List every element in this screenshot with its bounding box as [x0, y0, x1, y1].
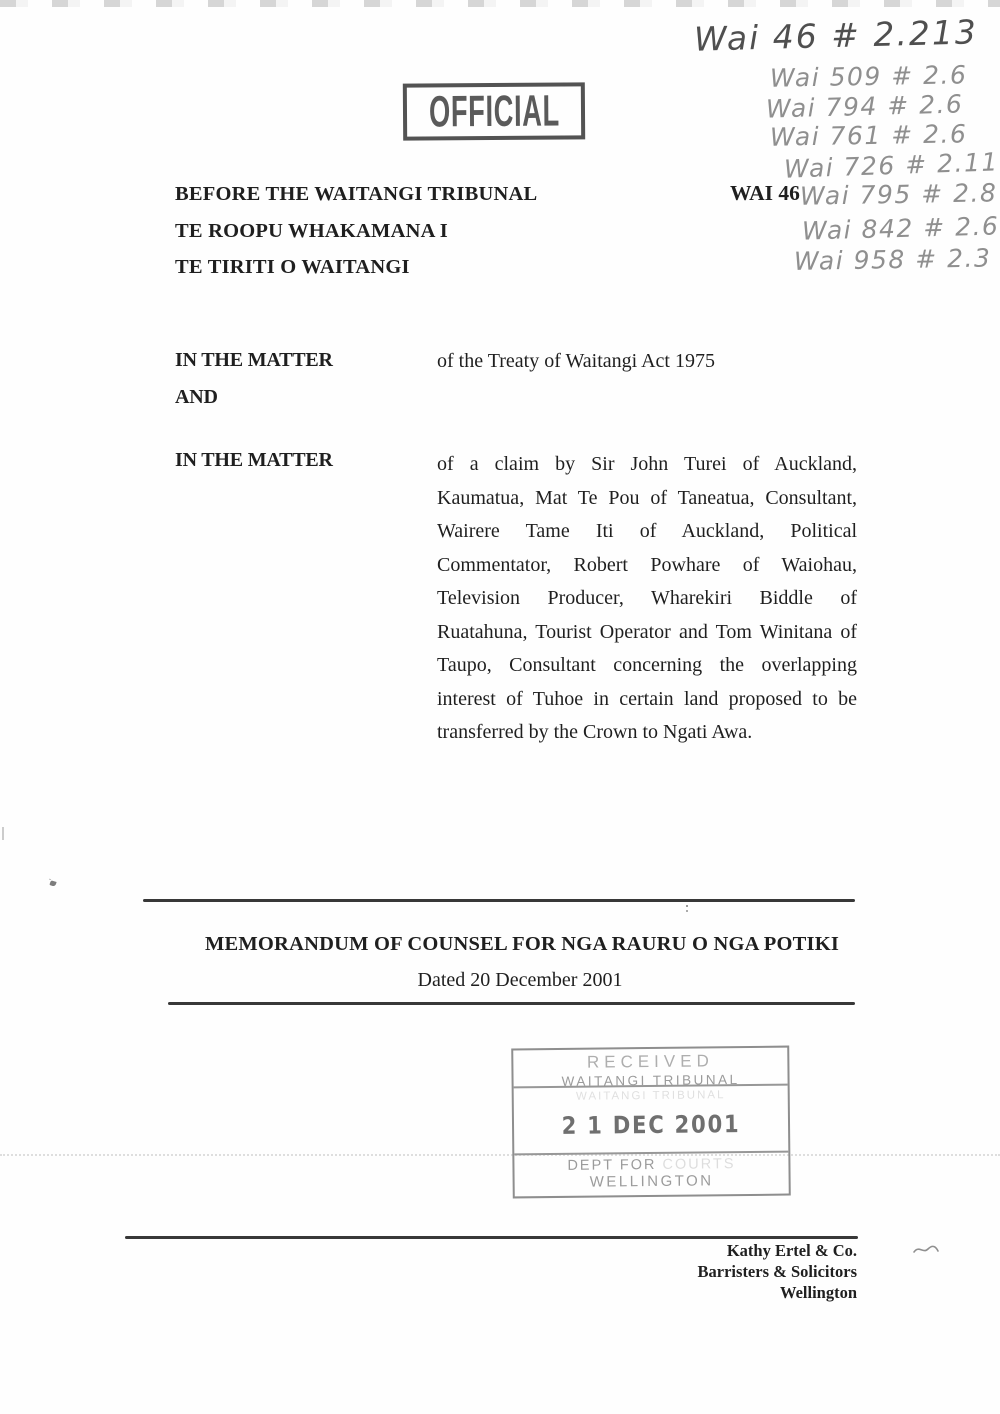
law-firm-name: Kathy Ertel & Co. [698, 1240, 857, 1261]
handwritten-wai-number: Wai 842 # 2.6 [802, 211, 1000, 245]
claim-line: Wairere Tame Iti of Auckland, Political [437, 515, 857, 549]
handwritten-wai-number: Wai 509 # 2.6 [770, 60, 968, 92]
document-page: Wai 46 # 2.213 Wai 509 # 2.6 Wai 794 # 2… [0, 0, 1000, 1414]
matter1-label: IN THE MATTER [175, 349, 333, 372]
claim-paragraph: of a claim by Sir John Turei of Auckland… [437, 448, 857, 750]
received-stamp-ghost-text: WAITANGI TRIBUNAL [514, 1089, 788, 1104]
matter2-label: IN THE MATTER [175, 449, 333, 472]
claim-line: Commentator, Robert Powhare of Waiohau, [437, 549, 857, 583]
matter1-text: of the Treaty of Waitangi Act 1975 [437, 350, 715, 373]
received-stamp-dept-faded: COURTS [662, 1156, 735, 1173]
case-number: WAI 46 [730, 181, 800, 206]
conjunction-and: AND [175, 386, 218, 409]
law-firm-city: Wellington [698, 1282, 857, 1303]
handwritten-wai-number: Wai 958 # 2.3 . [794, 243, 1000, 276]
handwritten-wai-number-main: Wai 46 # 2.213 [694, 12, 979, 58]
law-firm-type: Barristers & Solicitors [698, 1261, 857, 1282]
received-stamp-footer: DEPT FOR COURTS WELLINGTON [514, 1151, 788, 1197]
claim-line: interest of Tuhoe in certain land propos… [437, 683, 857, 717]
handwritten-wai-number: Wai 761 # 2.6 [770, 119, 968, 151]
received-stamp-tribunal-label: WAITANGI TRIBUNAL [513, 1072, 787, 1090]
scan-artifact-dotted-line [0, 1154, 1000, 1156]
received-stamp: RECEIVED WAITANGI TRIBUNAL WAITANGI TRIB… [511, 1046, 791, 1199]
scan-artifact-band [0, 0, 1000, 7]
claim-line: Kaumatua, Mat Te Pou of Taneatua, Consul… [437, 482, 857, 516]
handwritten-wai-number: Wai 794 # 2.6 [766, 89, 964, 123]
claim-line: Taupo, Consultant concerning the overlap… [437, 649, 857, 683]
official-stamp: OFFICIAL [403, 82, 585, 140]
received-stamp-dept-prefix: DEPT FOR [567, 1157, 662, 1174]
handwritten-wai-number: Wai 795 # 2.8 [800, 178, 998, 210]
claim-line: Television Producer, Wharekiri Biddle of [437, 582, 857, 616]
claim-line: transferred by the Crown to Ngati Awa. [437, 716, 857, 750]
horizontal-rule-top [143, 899, 855, 902]
horizontal-rule-bottom [125, 1236, 858, 1239]
received-stamp-received-label: RECEIVED [513, 1051, 787, 1074]
law-firm-block: Kathy Ertel & Co. Barristers & Solicitor… [698, 1240, 857, 1303]
court-header: BEFORE THE WAITANGI TRIBUNAL TE ROOPU WH… [175, 176, 537, 286]
received-stamp-date: 2 1 DEC 2001 [530, 1110, 771, 1141]
court-header-line3: TE TIRITI O WAITANGI [175, 249, 537, 286]
memorandum-date: Dated 20 December 2001 [418, 969, 623, 992]
pen-squiggle [912, 1243, 940, 1262]
official-stamp-label: OFFICIAL [428, 86, 559, 137]
claim-line: of a claim by Sir John Turei of Auckland… [437, 448, 857, 482]
scan-margin-tick [2, 827, 4, 840]
court-header-line1: BEFORE THE WAITANGI TRIBUNAL [175, 176, 537, 213]
ink-speck [49, 880, 56, 887]
received-stamp-header: RECEIVED WAITANGI TRIBUNAL [513, 1048, 787, 1089]
horizontal-rule-middle [168, 1002, 855, 1005]
memorandum-title: MEMORANDUM OF COUNSEL FOR NGA RAURU O NG… [205, 933, 839, 956]
claim-line: Ruatahuna, Tourist Operator and Tom Wini… [437, 616, 857, 650]
court-header-line2: TE ROOPU WHAKAMANA I [175, 213, 537, 250]
received-stamp-city: WELLINGTON [515, 1172, 789, 1192]
scan-speck [686, 905, 688, 907]
